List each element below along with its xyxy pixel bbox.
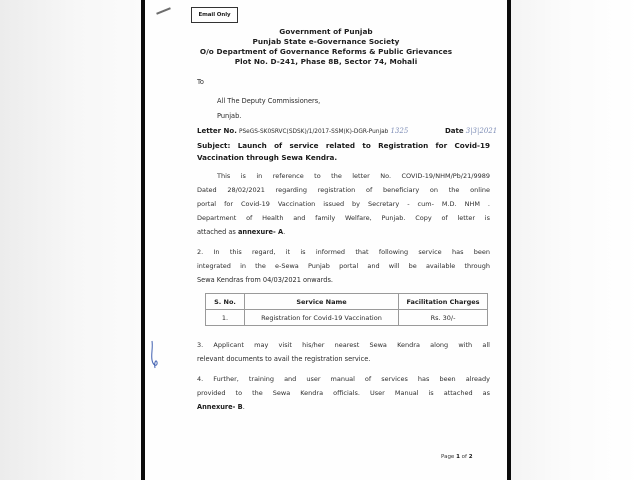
service-table: S. No. Service Name Facilitation Charges… — [205, 293, 488, 326]
page-label: Page — [441, 454, 456, 460]
letter-no-handwritten: 1325 — [390, 127, 408, 135]
subject-line-1: Subject: Launch of service related to Re… — [197, 141, 490, 150]
header-charges: Facilitation Charges — [399, 294, 488, 310]
cell-charges: Rs. 30/- — [399, 310, 488, 326]
to-label: To — [197, 78, 204, 86]
page-number: Page 1 of 2 — [441, 454, 473, 460]
signature-mark-icon — [149, 340, 161, 370]
letter-no-label: Letter No. — [197, 127, 237, 135]
header-government: Government of Punjab — [145, 27, 507, 36]
para4-line-1: 4. Further, training and user manual of … — [197, 375, 490, 383]
para3-line-2: relevant documents to avail the registra… — [197, 355, 370, 363]
para1-line-5: attached as annexure- A. — [197, 228, 285, 236]
date-line: Date 3|3|2021 — [445, 127, 497, 135]
para2-line-2: integrated in the e-Sewa Punjab portal a… — [197, 262, 490, 270]
para4-line-3: Annexure- B. — [197, 403, 245, 411]
page-of: of — [460, 454, 469, 460]
para4-line-2: provided to the Sewa Kendra officials. U… — [197, 389, 490, 397]
para1-last-suffix: . — [283, 228, 285, 236]
cell-sno: 1. — [206, 310, 245, 326]
table-row: 1. Registration for Covid-19 Vaccination… — [206, 310, 488, 326]
cell-service-name: Registration for Covid-19 Vaccination — [245, 310, 399, 326]
para1-last-prefix: attached as — [197, 228, 238, 236]
document-page: Email Only Government of Punjab Punjab S… — [145, 0, 507, 480]
page-border-right — [507, 0, 511, 480]
para4-last-suffix: . — [243, 403, 245, 411]
para1-line-3: portal for Covid-19 Vaccination issued b… — [197, 200, 490, 208]
letter-number-line: Letter No. PSeGS-SK0SRVC(SDSK)/1/2017-SS… — [197, 127, 408, 135]
date-label: Date — [445, 127, 464, 135]
para1-line-2: Dated 28/02/2021 regarding registration … — [197, 186, 490, 194]
addressee-place: Punjab. — [217, 112, 241, 120]
header-sno: S. No. — [206, 294, 245, 310]
header-society: Punjab State e-Governance Society — [145, 37, 507, 46]
para3-line-1: 3. Applicant may visit his/her nearest S… — [197, 341, 490, 349]
annexure-a-ref: annexure- A — [238, 228, 283, 236]
header-address: Plot No. D-241, Phase 8B, Sector 74, Moh… — [145, 57, 507, 66]
subject-line-2: Vaccination through Sewa Kendra. — [197, 153, 337, 162]
pen-mark-icon — [156, 7, 171, 14]
header-department: O/o Department of Governance Reforms & P… — [145, 47, 507, 56]
addressee: All The Deputy Commissioners, — [217, 97, 320, 105]
para1-line-4: Department of Health and family Welfare,… — [197, 214, 490, 222]
background-right — [511, 0, 640, 480]
header-service-name: Service Name — [245, 294, 399, 310]
para2-line-1: 2. In this regard, it is informed that f… — [197, 248, 490, 256]
para2-line-3: Sewa Kendras from 04/03/2021 onwards. — [197, 276, 333, 284]
page-total: 2 — [469, 454, 473, 460]
para1-line-1: This is in reference to the letter No. C… — [217, 172, 490, 180]
annexure-b-ref: Annexure- B — [197, 403, 243, 411]
email-only-stamp: Email Only — [191, 7, 238, 23]
date-handwritten: 3|3|2021 — [466, 127, 497, 135]
letter-no-value: PSeGS-SK0SRVC(SDSK)/1/2017-SSM(K)-DGR-Pu… — [239, 129, 388, 135]
table-header-row: S. No. Service Name Facilitation Charges — [206, 294, 488, 310]
